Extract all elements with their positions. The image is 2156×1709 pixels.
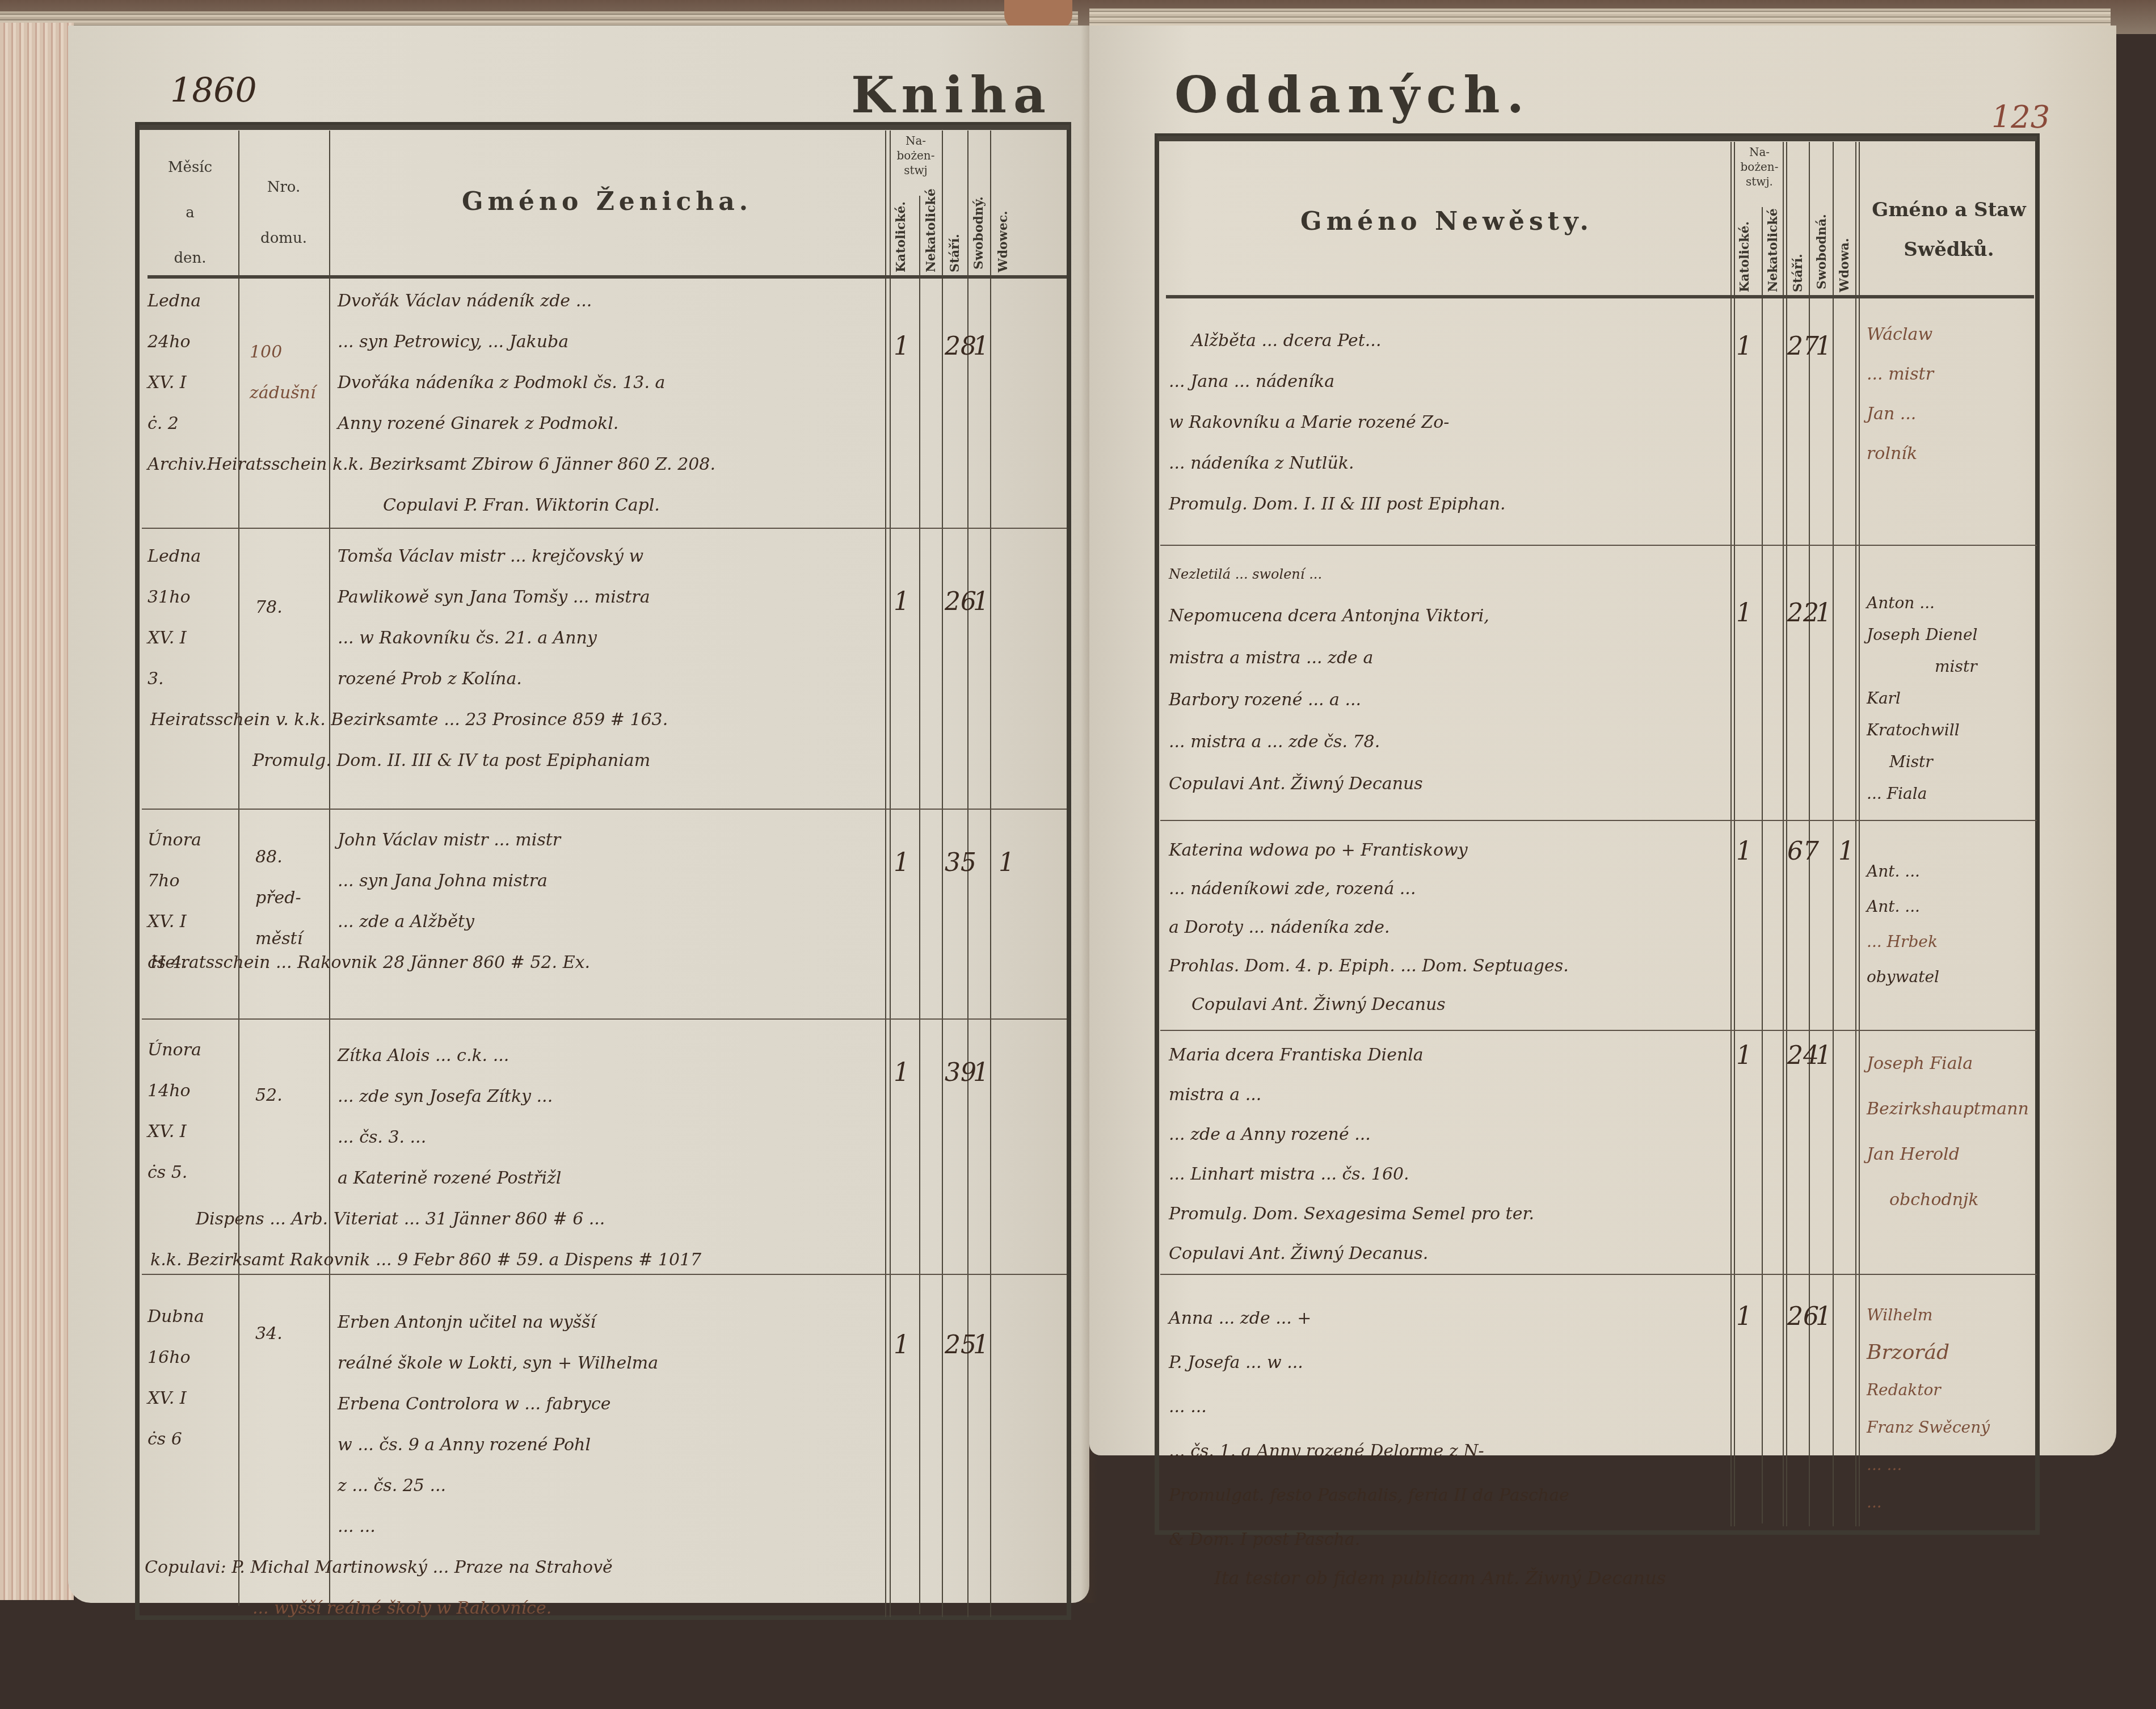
witness-line: obywatel: [1867, 959, 2037, 995]
header-age: Stáří.: [1791, 235, 1805, 292]
text-line: Zítka Alois ... c.k. ...: [338, 1035, 882, 1076]
entry-3-house: 88. před- městí: [255, 837, 329, 959]
entry-2-witnesses: Anton ... Joseph Dienel mistr Karl Krato…: [1867, 587, 2037, 810]
text-line: Dispens ... Arb. Viteriat ... 31 Jänner …: [196, 1199, 882, 1240]
text-line: ... nádeníkowi zde, rozená ...: [1169, 870, 1725, 908]
row-separator: [1160, 1274, 2037, 1275]
entry-5-witnesses: Wilhelm Brzorád Redaktor Franz Swěcený .…: [1867, 1297, 2037, 1521]
entry-5-bride-text: Anna ... zde ... + P. Josefa ... w ... .…: [1169, 1297, 1725, 1562]
entry-2-bride-text: Nezletilá ... swolení ... Nepomucena dce…: [1169, 553, 1725, 805]
date-line: Ledna: [148, 536, 238, 577]
entry-4-age: 24: [1787, 1041, 1819, 1070]
entry-2-catholic: 1: [1736, 599, 1752, 628]
text-line: ... Linhart mistra ... čs. 160.: [1169, 1155, 1725, 1194]
text-line: Nepomucena dcera Antonjna Viktori,: [1169, 595, 1725, 637]
text-line: Copulavi Ant. Žiwný Decanus: [1169, 763, 1725, 805]
text-line: Copulavi: P. Michal Martinowský ... Praz…: [145, 1547, 882, 1588]
date-line: XV. I: [148, 902, 238, 942]
text-line: ... syn Jana Johna mistra: [338, 861, 882, 902]
entry-2-groom-text: Tomša Václav mistr ... krejčovský w Pawl…: [338, 536, 882, 781]
col-divider: [942, 131, 943, 1617]
witness-line: mistr: [1935, 651, 2037, 683]
header-non-catholic: Nekatolické: [1766, 213, 1780, 292]
entry-4-single: 1: [1816, 1041, 1831, 1070]
text-line: Dvořák Václav nádeník zde ...: [338, 281, 882, 322]
entry-4-catholic: 1: [894, 1058, 909, 1087]
witness-line: ... Fiala: [1867, 778, 2037, 810]
header-line: stwj: [890, 163, 942, 178]
text-line: Promulg. Dom. II. III & IV ta post Epiph…: [252, 740, 882, 781]
witness-line: Bezirkshauptmann: [1867, 1087, 2037, 1132]
row-separator: [142, 1018, 1067, 1020]
house-line: 52.: [255, 1075, 329, 1116]
text-line: Heiratsschein ... Rakovnik 28 Jänner 860…: [150, 942, 882, 983]
entry-5-date: Dubna 16ho XV. I ċs 6: [148, 1297, 238, 1460]
text-line: ... nádeníka z Nutlük.: [1169, 443, 1725, 484]
entry-2-date: Ledna 31ho XV. I 3.: [148, 536, 238, 700]
entry-3-age: 35: [945, 848, 976, 877]
text-line: ... mistra a ... zde čs. 78.: [1169, 721, 1725, 763]
witness-line: obchodnjk: [1889, 1177, 2037, 1223]
entry-4-groom-text: Zítka Alois ... c.k. ... ... zde syn Jos…: [338, 1035, 882, 1281]
date-line: XV. I: [148, 363, 238, 403]
text-line: ... ...: [338, 1506, 882, 1547]
date-line: XV. I: [148, 618, 238, 659]
page-edges-left: [0, 23, 74, 1600]
text-line: reálné škole w Lokti, syn + Wilhelma: [338, 1343, 882, 1384]
header-top-rule: [1157, 136, 2037, 141]
entry-1-bride-text: Alžběta ... dcera Pet... ... Jana ... ná…: [1169, 321, 1725, 525]
header-line: Na-: [890, 133, 942, 148]
entry-2-age: 26: [945, 587, 976, 616]
header-line: Na-: [1734, 145, 1785, 159]
text-line: Pawlikowě syn Jana Tomšy ... mistra: [338, 577, 882, 618]
text-line: ... ...: [1169, 1385, 1725, 1429]
text-line: Anna ... zde ... +: [1169, 1297, 1725, 1341]
entry-5-house: 34.: [255, 1314, 329, 1354]
header-line: domu.: [238, 213, 329, 264]
year-label: 1860: [170, 71, 257, 111]
entry-5-single: 1: [1816, 1302, 1831, 1331]
entry-2-house: 78.: [255, 587, 329, 628]
header-bottom-rule: [1166, 295, 2034, 298]
text-line: Prohlas. Dom. 4. p. Epiph. ... Dom. Sept…: [1169, 947, 1725, 986]
witness-line: Karl: [1867, 683, 2037, 714]
col-divider: [1734, 142, 1735, 1526]
witness-line: ... mistr: [1867, 355, 2037, 394]
entry-2-catholic: 1: [894, 587, 909, 616]
header-single: Swobodná.: [1814, 201, 1829, 289]
text-line: Copulavi P. Fran. Wiktorin Capl.: [383, 485, 882, 526]
col-divider: [1855, 142, 1856, 1526]
entry-2-single: 1: [973, 587, 989, 616]
witness-line: Joseph Fiala: [1867, 1041, 2037, 1087]
entry-1-age: 27: [1787, 332, 1819, 361]
text-line: Alžběta ... dcera Pet...: [1191, 321, 1725, 361]
entry-2-single: 1: [1816, 599, 1831, 628]
header-house-no: Nro. domu.: [238, 162, 329, 264]
date-line: ċs 6: [148, 1419, 238, 1460]
header-line: Měsíc: [142, 145, 238, 190]
text-line: Katerina wdowa po + Frantiskowy: [1169, 831, 1725, 870]
entry-5-catholic: 1: [894, 1331, 909, 1359]
header-month-day: Měsíc a den.: [142, 145, 238, 281]
text-line: Maria dcera Frantiska Dienla: [1169, 1035, 1725, 1075]
witness-line: Wáclaw: [1867, 315, 2037, 355]
text-line: ... čs. 3. ...: [338, 1117, 882, 1158]
text-line: ... syn Petrowicy, ... Jakuba: [338, 322, 882, 363]
entry-3-catholic: 1: [1736, 837, 1752, 866]
text-line: ... w Rakovníku čs. 21. a Anny: [338, 618, 882, 659]
col-divider: [238, 131, 239, 1606]
header-witnesses: Gméno a Staw Swědků.: [1861, 190, 2037, 270]
entry-5-groom-text: Erben Antonjn učitel na wyšší reálné ško…: [338, 1302, 882, 1629]
text-line: Barbory rozené ... a ...: [1169, 679, 1725, 721]
witness-line: Anton ...: [1867, 587, 2037, 619]
text-line: ... čs. 1. a Anny rozené Delorme z N-: [1169, 1429, 1725, 1474]
right-page: Oddaných. 123 Gméno Newěsty. Na- bożen- …: [1089, 26, 2116, 1455]
title-right: Oddaných.: [1174, 65, 1531, 124]
col-divider: [1730, 142, 1732, 1526]
house-line: 78.: [255, 587, 329, 628]
header-single: Swobodný.: [971, 184, 986, 270]
house-line: 34.: [255, 1314, 329, 1354]
entry-4-age: 39: [945, 1058, 976, 1087]
text-line: w Rakovníku a Marie rozené Zo-: [1169, 402, 1725, 443]
witness-line: Jan ...: [1867, 394, 2037, 434]
entry-3-witnesses: Ant. ... Ant. ... ... Hrbek obywatel: [1867, 854, 2037, 995]
text-line: mistra a mistra ... zde a: [1169, 637, 1725, 679]
text-line: Tomša Václav mistr ... krejčovský w: [338, 536, 882, 577]
text-line: John Václav mistr ... mistr: [338, 820, 882, 861]
entry-1-catholic: 1: [1736, 332, 1752, 361]
entry-4-witnesses: Joseph Fiala Bezirkshauptmann Jan Herold…: [1867, 1041, 2037, 1223]
text-line: Promulgat. festo Paschalis, feria II da …: [1169, 1474, 1725, 1518]
witness-line: Brzorád: [1867, 1334, 2037, 1371]
house-line: 88.: [255, 837, 329, 878]
witness-line: Franz Swěcený: [1867, 1409, 2037, 1446]
text-line: Heiratsschein k.k. Bezirksamt Zbirow 6 J…: [207, 444, 882, 485]
entry-4-single: 1: [973, 1058, 989, 1087]
text-line: z ... čs. 25 ...: [338, 1466, 882, 1506]
page-number: 123: [1991, 99, 2050, 135]
row-separator: [142, 528, 1067, 529]
house-line: 100: [250, 332, 329, 373]
text-line: ... wyšší reálné školy w Rakovníce.: [252, 1588, 882, 1629]
col-divider: [1783, 142, 1784, 1526]
row-separator: [1160, 820, 2037, 821]
entry-4-catholic: 1: [1736, 1041, 1752, 1070]
text-line: Promulg. Dom. Sexagesima Semel pro ter.: [1169, 1194, 1725, 1234]
header-age: Stáří.: [948, 218, 962, 272]
col-divider: [890, 131, 891, 1617]
witness-line: ... Hrbek: [1867, 924, 2037, 959]
entry-5-age: 25: [945, 1331, 976, 1359]
house-line: před-: [255, 878, 329, 919]
house-line: zádušní: [250, 373, 329, 414]
row-separator: [1160, 1030, 2037, 1031]
text-line: ... zde a Alžběty: [338, 902, 882, 942]
col-divider: [990, 131, 991, 1617]
header-line: Gméno a Staw: [1861, 190, 2037, 230]
header-bottom-rule: [148, 275, 1067, 279]
date-line: 24ho: [148, 322, 238, 363]
title-left: Kniha: [851, 65, 1052, 124]
date-line: Ledna: [148, 281, 238, 322]
text-line: & Dom. I post Pascha.: [1169, 1518, 1725, 1562]
text-line: Erbena Controlora w ... fabryce: [338, 1384, 882, 1425]
entry-4-house: 52.: [255, 1075, 329, 1116]
header-widower: Wdowec.: [996, 190, 1010, 272]
entry-1-house: 100 zádušní: [250, 332, 329, 414]
entry-5-catholic: 1: [1736, 1302, 1752, 1331]
entry-3-bride-text: Katerina wdowa po + Frantiskowy ... náde…: [1169, 831, 1725, 1024]
witness-line: Wilhelm: [1867, 1297, 2037, 1334]
text-line: Erben Antonjn učitel na wyšší: [338, 1302, 882, 1343]
text-line: Dvořáka nádeníka z Podmokl čs. 13. a: [338, 363, 882, 403]
col-divider: [919, 196, 920, 1614]
header-line: den.: [142, 235, 238, 281]
text-line: P. Josefa ... w ...: [1169, 1341, 1725, 1385]
text-line: ... zde a Anny rozené ...: [1169, 1115, 1725, 1155]
header-line: a: [142, 190, 238, 235]
entry-3-age: 67: [1787, 837, 1819, 866]
entry-1-single: 1: [1816, 332, 1831, 361]
witness-line: Mistr: [1889, 746, 2037, 778]
header-line: bożen-: [890, 148, 942, 163]
entry-3-catholic: 1: [894, 848, 909, 877]
text-line: Nezletilá ... swolení ...: [1169, 553, 1725, 595]
entry-4-date: Února 14ho XV. I ċs 5.: [148, 1030, 238, 1193]
entry-4-bride-text: Maria dcera Frantiska Dienla mistra a ..…: [1169, 1035, 1725, 1274]
witness-line: Ant. ...: [1867, 889, 2037, 924]
entry-3-groom-text: John Václav mistr ... mistr ... syn Jana…: [338, 820, 882, 983]
witness-line: Ant. ...: [1867, 854, 2037, 889]
witness-line: ...: [1867, 1484, 2037, 1521]
entry-5-single: 1: [973, 1331, 989, 1359]
entry-2-age: 22: [1787, 599, 1819, 628]
row-separator: [1160, 545, 2037, 546]
col-divider: [329, 131, 330, 1606]
col-divider: [1859, 142, 1860, 1526]
text-line: rozené Prob z Kolína.: [338, 659, 882, 700]
text-line: Copulavi Ant. Žiwný Decanus: [1191, 986, 1725, 1024]
header-widow: Wdowa.: [1837, 218, 1852, 292]
entry-1-witnesses: Wáclaw ... mistr Jan ... rolník: [1867, 315, 2037, 474]
witness-line: rolník: [1867, 434, 2037, 474]
text-line: a Katerině rozené Postřižl: [338, 1158, 882, 1199]
entry-3-widow: 1: [1838, 837, 1854, 866]
col-divider: [1762, 207, 1763, 1523]
header-non-catholic: Nekatolické: [924, 196, 938, 272]
text-line: a Doroty ... nádeníka zde.: [1169, 908, 1725, 947]
header-line: stwj.: [1734, 174, 1785, 189]
entry-1-single: 1: [973, 332, 989, 361]
entry-3-widower: 1: [999, 848, 1014, 877]
entry-1-groom-text: Dvořák Václav nádeník zde ... ... syn Pe…: [338, 281, 882, 526]
row-separator: [142, 809, 1067, 810]
header-groom-name: Gméno Ženicha.: [329, 187, 885, 216]
header-bride-name: Gméno Newěsty.: [1163, 207, 1730, 236]
date-line: Února: [148, 820, 238, 861]
header-catholic: Katolické.: [1737, 218, 1752, 292]
date-line: ċs 5.: [148, 1152, 238, 1193]
date-line: XV. I: [148, 1378, 238, 1419]
date-line: 14ho: [148, 1071, 238, 1112]
text-line: w ... čs. 9 a Anny rozené Pohl: [338, 1425, 882, 1466]
witness-line: Kratochwill: [1867, 714, 2037, 746]
date-line: Února: [148, 1030, 238, 1071]
text-line: Heiratsschein v. k.k. Bezirksamte ... 23…: [150, 700, 882, 740]
header-line: bożen-: [1734, 159, 1785, 174]
header-top-rule: [139, 125, 1069, 130]
col-divider: [885, 131, 886, 1617]
text-line: Copulavi Ant. Žiwný Decanus.: [1169, 1234, 1725, 1274]
entry-5-age: 26: [1787, 1302, 1819, 1331]
date-line: 3.: [148, 659, 238, 700]
date-line: 31ho: [148, 577, 238, 618]
text-line: ... Jana ... nádeníka: [1169, 361, 1725, 402]
left-page: 1860 Kniha Měsíc a den. Nro. domu. Gméno…: [68, 26, 1089, 1603]
witness-line: Joseph Dienel: [1867, 619, 2037, 651]
header-line: Nro.: [238, 162, 329, 213]
witness-line: Redaktor: [1867, 1371, 2037, 1409]
date-line: XV. I: [148, 1112, 238, 1152]
header-religion: Na- bożen- stwj.: [1734, 145, 1785, 189]
text-line: mistra a ...: [1169, 1075, 1725, 1115]
date-line: 16ho: [148, 1337, 238, 1378]
header-religion: Na- bożen- stwj: [890, 133, 942, 178]
witness-line: ... ...: [1867, 1446, 2037, 1484]
date-line: Dubna: [148, 1297, 238, 1337]
header-line: Swědků.: [1861, 230, 2037, 270]
header-catholic: Katolické.: [894, 196, 908, 272]
date-line: ċ. 2: [148, 403, 238, 444]
date-line: 7ho: [148, 861, 238, 902]
witness-line: Jan Herold: [1867, 1132, 2037, 1177]
entry-1-catholic: 1: [894, 332, 909, 361]
text-line: ... zde syn Josefa Zítky ...: [338, 1076, 882, 1117]
text-line: Promulg. Dom. I. II & III post Epiphan.: [1169, 484, 1725, 525]
entry-1-age: 28: [945, 332, 976, 361]
text-line: k.k. Bezirksamt Rakovnik ... 9 Febr 860 …: [150, 1240, 882, 1281]
attestation: Ita testor ob fidem publicam Ant. Žiwný …: [1214, 1558, 1895, 1598]
col-divider: [1833, 142, 1834, 1526]
text-line: Anny rozené Ginarek z Podmokl.: [338, 403, 882, 444]
